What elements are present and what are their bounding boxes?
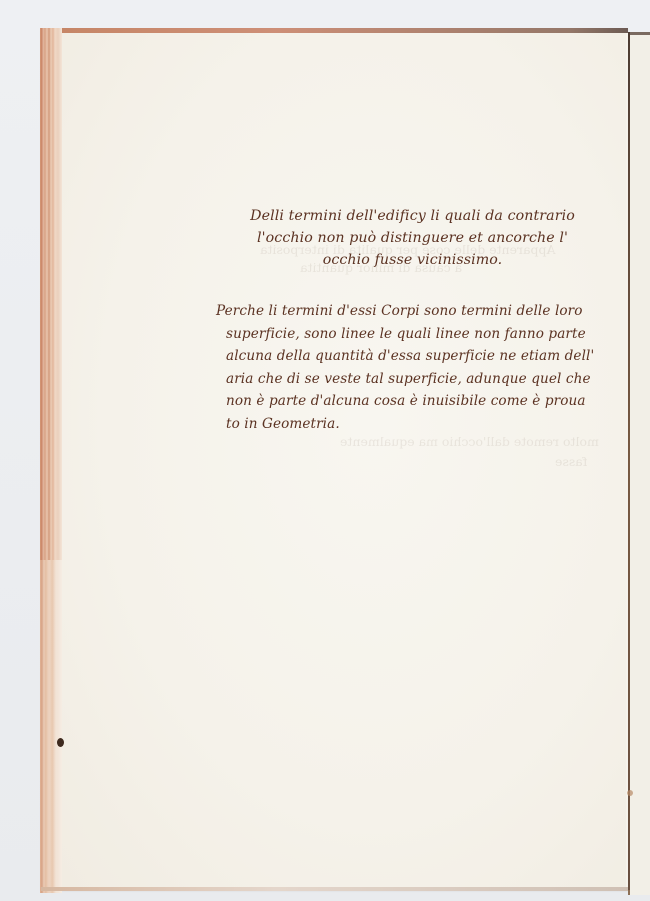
paragraph-line: non è parte d'alcuna cosa è inuisibile c… xyxy=(216,390,596,413)
body-paragraph: Perche li termini d'essi Corpi sono term… xyxy=(216,300,596,435)
page-bottom-edge xyxy=(41,887,628,891)
paragraph-line: alcuna della quantità d'essa superficie … xyxy=(216,345,596,368)
wormhole-mark xyxy=(57,738,64,747)
foxing-stain xyxy=(627,790,633,796)
page-left-edge-faded xyxy=(40,560,62,893)
bleed-through-line: fasse xyxy=(555,452,587,472)
bleed-through-line: molto remote dall'occhio ma equalmente xyxy=(340,432,599,452)
paragraph-line: aria che di se veste tal superficie, adu… xyxy=(216,368,596,391)
next-leaf-edge xyxy=(628,32,650,895)
heading-line: occhio fusse vicinissimo. xyxy=(240,249,585,271)
heading-line: Delli termini dell'edificy li quali da c… xyxy=(240,205,585,227)
heading-line: l'occhio non può distinguere et ancorche… xyxy=(240,227,585,249)
chapter-heading: Delli termini dell'edificy li quali da c… xyxy=(240,205,585,271)
paragraph-line: Perche li termini d'essi Corpi sono term… xyxy=(216,300,596,323)
paragraph-line: superficie, sono linee le quali linee no… xyxy=(216,323,596,346)
paragraph-line: to in Geometria. xyxy=(216,413,596,436)
page-writing-area xyxy=(62,33,626,887)
